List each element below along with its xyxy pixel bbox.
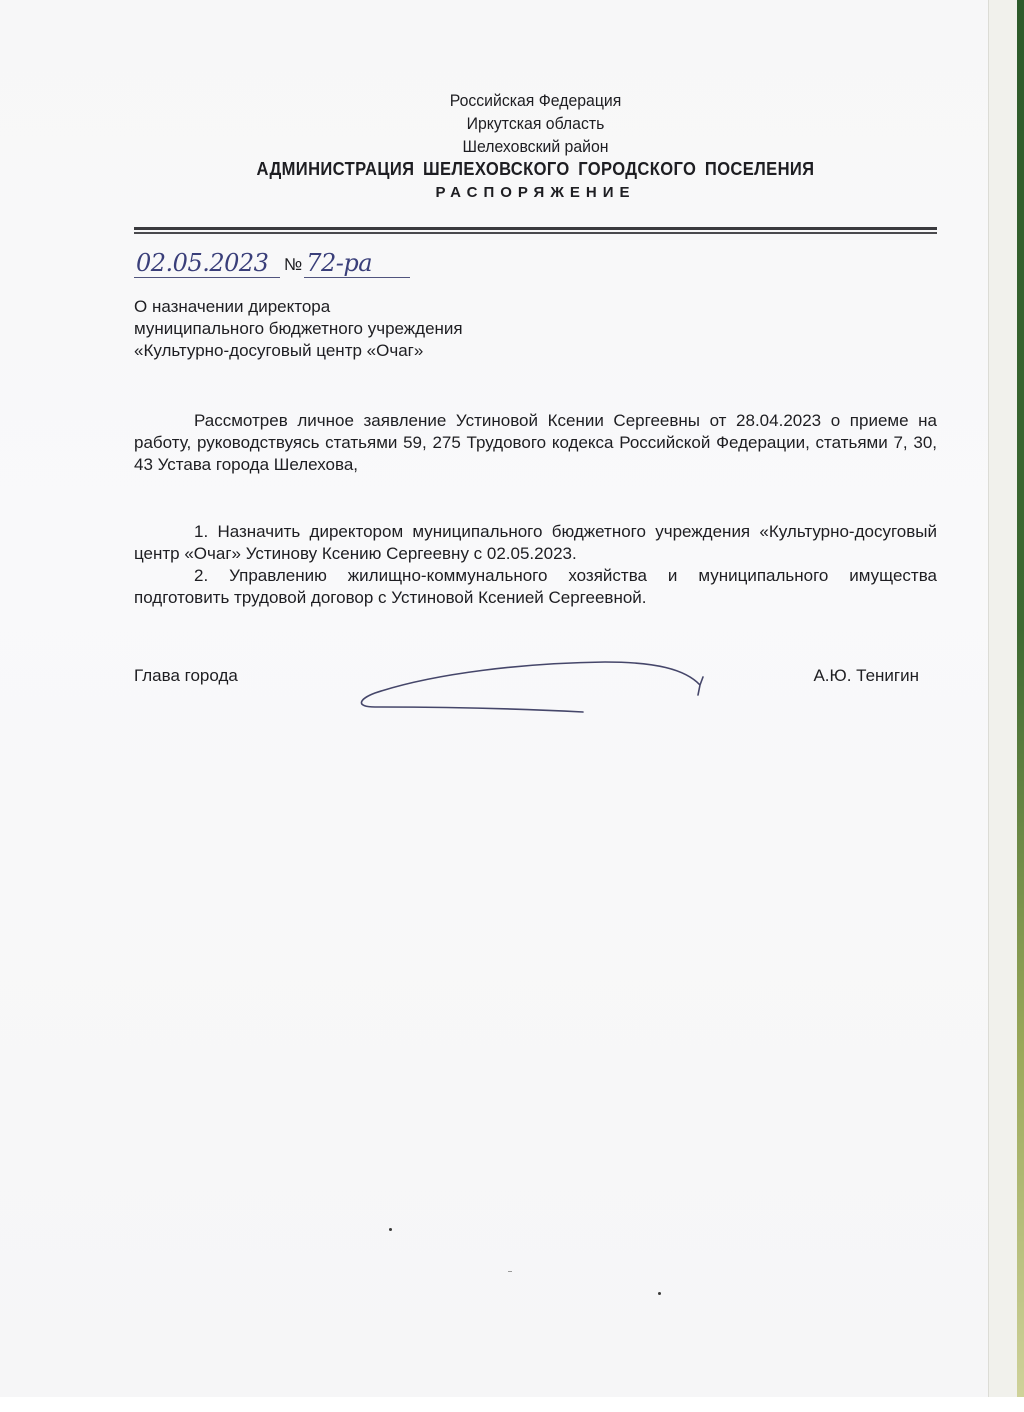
binder-edge — [1017, 0, 1024, 1397]
scan-speck — [658, 1292, 661, 1295]
scan-speck — [389, 1228, 392, 1231]
signatory-name: А.Ю. Тенигин — [813, 665, 919, 687]
number-sign: № — [284, 254, 302, 276]
header-divider — [134, 227, 937, 235]
subject-line: О назначении директора — [134, 296, 463, 318]
order-item-text: 2. Управлению жилищно-коммунального хозя… — [134, 566, 937, 607]
order-item-text: 1. Назначить директором муниципального б… — [134, 522, 937, 563]
page-edge-strip — [988, 0, 1018, 1397]
handwritten-date: 02.05.2023 — [134, 249, 280, 278]
document-type-title: РАСПОРЯЖЕНИЕ — [134, 181, 937, 204]
order-item-1: 1. Назначить директором муниципального б… — [134, 521, 937, 565]
subject-line: «Культурно-досуговый центр «Очаг» — [134, 340, 463, 362]
document-subject: О назначении директора муниципального бю… — [134, 296, 463, 362]
preamble-paragraph: Рассмотрев личное заявление Устиновой Кс… — [134, 410, 937, 476]
scan-speck — [508, 1271, 512, 1272]
header-region: Иркутская область — [162, 112, 909, 135]
divider-thin-line — [134, 232, 937, 234]
registration-row: 02.05.2023 № 72-ра — [134, 244, 410, 278]
handwritten-number: 72-ра — [304, 249, 410, 278]
header-district: Шелеховский район — [162, 135, 909, 158]
preamble-text: Рассмотрев личное заявление Устиновой Кс… — [134, 411, 937, 474]
handwritten-signature-icon — [355, 655, 715, 717]
subject-line: муниципального бюджетного учреждения — [134, 318, 463, 340]
header-country: Российская Федерация — [162, 89, 909, 112]
divider-thick-line — [134, 227, 937, 230]
signatory-role: Глава города — [134, 665, 238, 687]
document-header: Российская Федерация Иркутская область Ш… — [134, 89, 937, 204]
order-item-2: 2. Управлению жилищно-коммунального хозя… — [134, 565, 937, 609]
header-organization: АДМИНИСТРАЦИЯ ШЕЛЕХОВСКОГО ГОРОДСКОГО ПО… — [166, 158, 905, 181]
